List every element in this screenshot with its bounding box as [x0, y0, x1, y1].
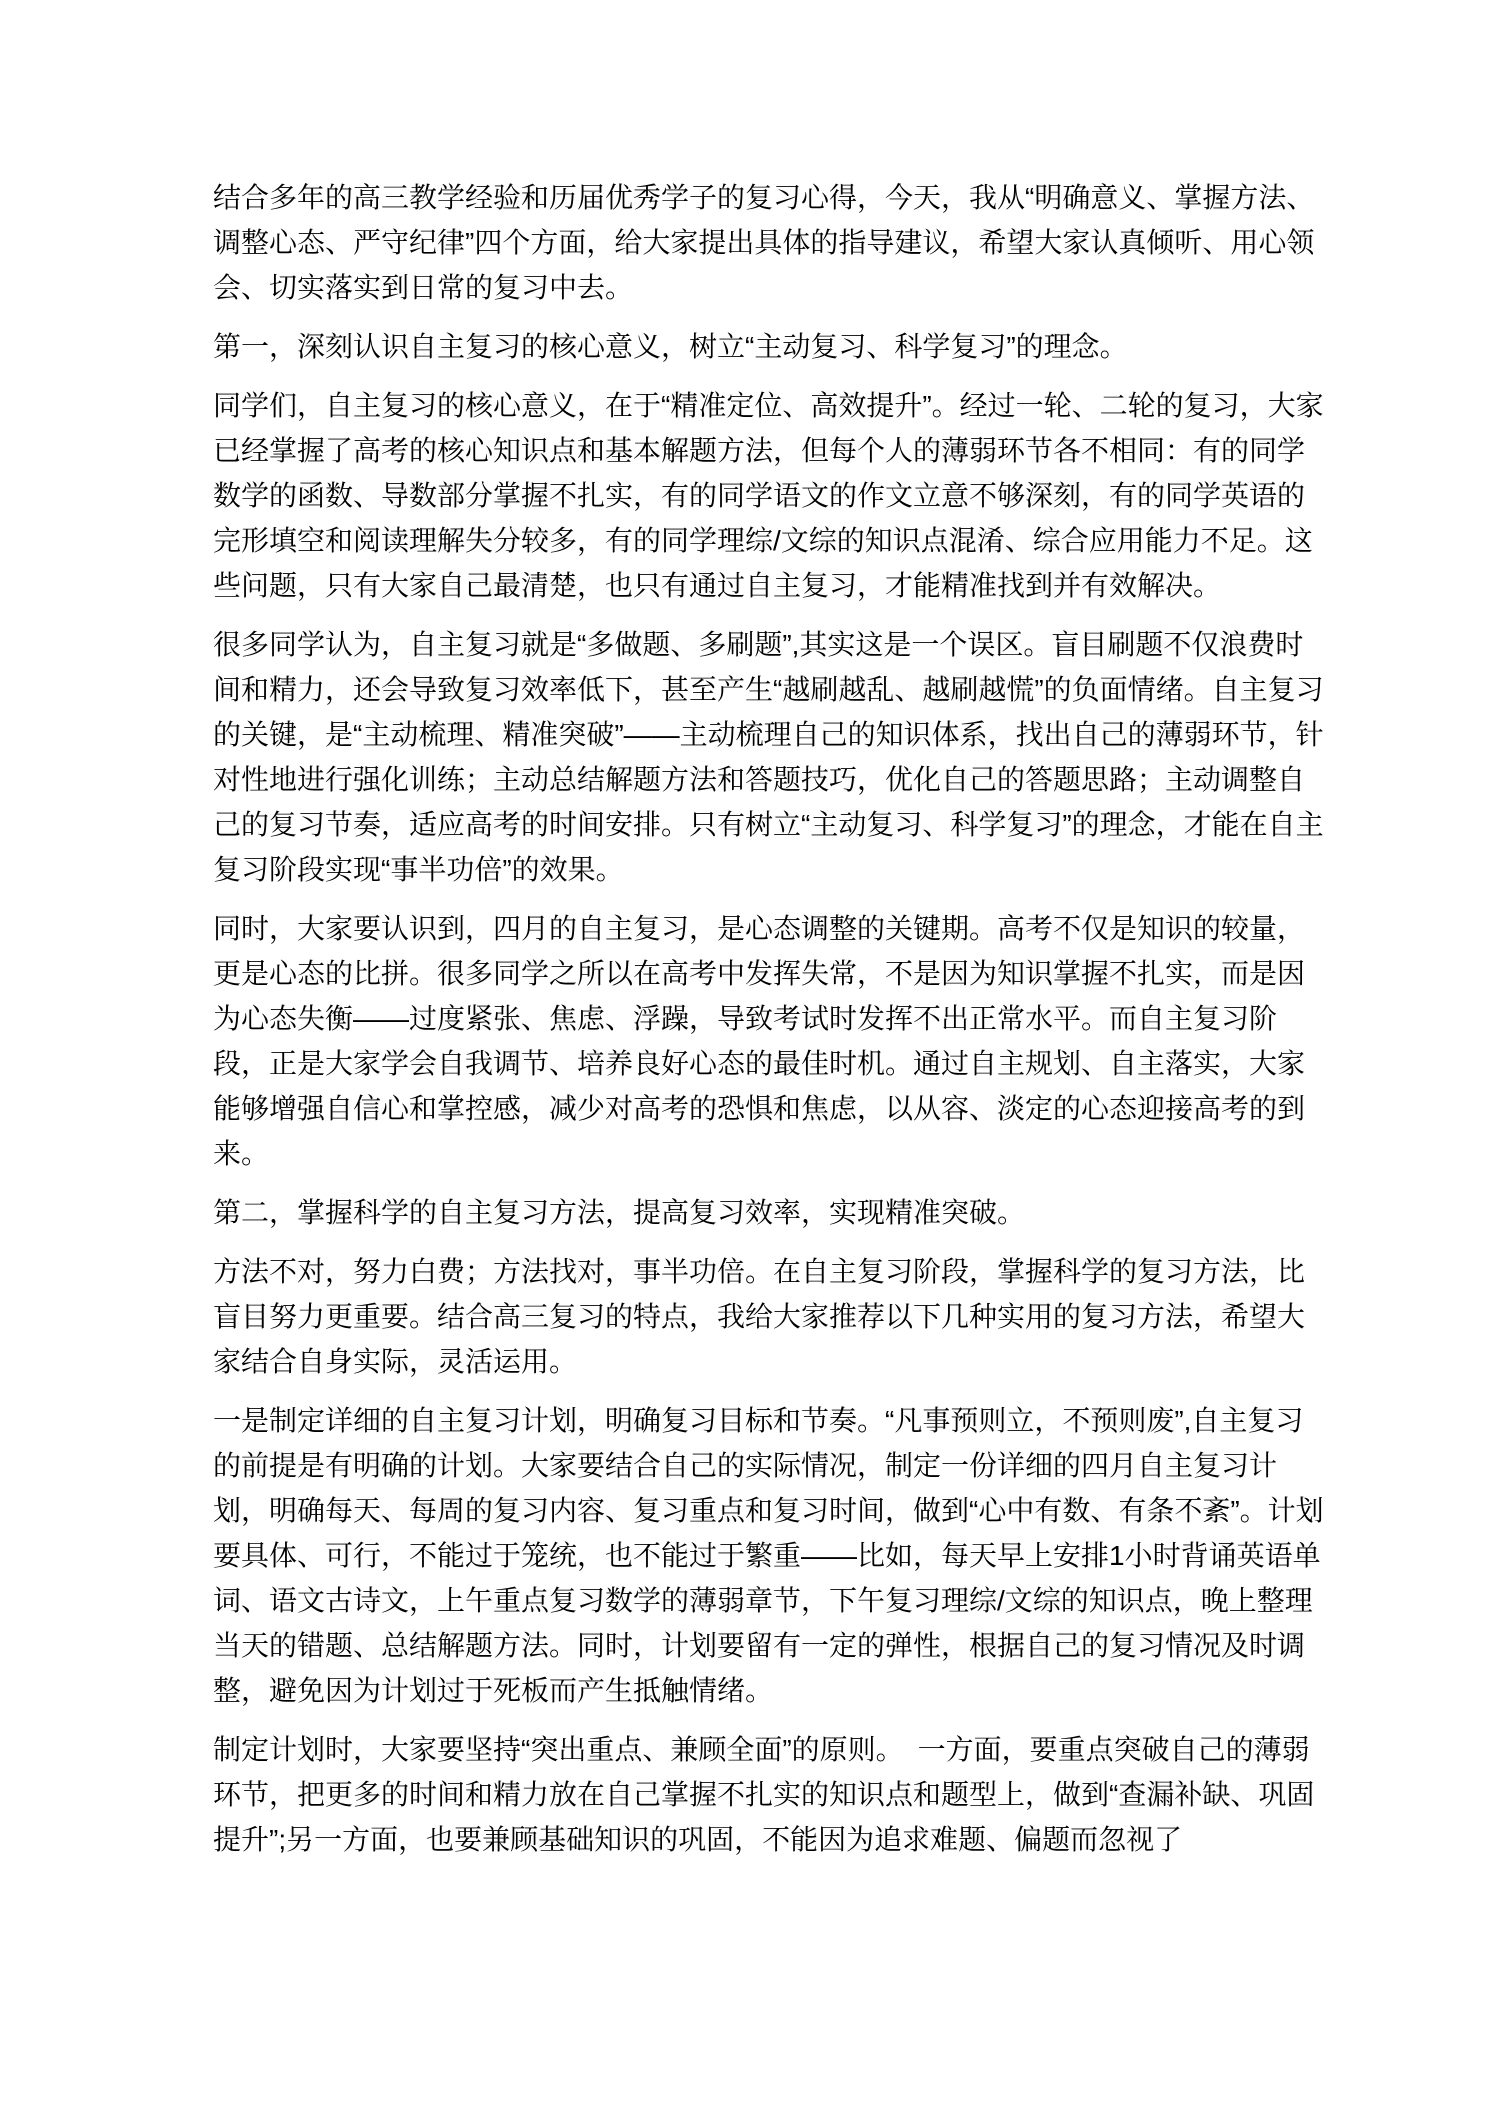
paragraph: 同时，大家要认识到，四月的自主复习，是心态调整的关键期。高考不仅是知识的较量，更…	[213, 906, 1325, 1176]
paragraph: 很多同学认为，自主复习就是“多做题、多刷题”,其实这是一个误区。盲目刷题不仅浪费…	[213, 622, 1325, 892]
paragraph: 制定计划时，大家要坚持“突出重点、兼顾全面”的原则。 一方面，要重点突破自己的薄…	[213, 1727, 1325, 1862]
paragraph-section-heading-1: 第一，深刻认识自主复习的核心意义，树立“主动复习、科学复习”的理念。	[213, 324, 1325, 369]
paragraph: 结合多年的高三教学经验和历届优秀学子的复习心得，今天，我从“明确意义、掌握方法、…	[213, 175, 1325, 310]
paragraph: 同学们，自主复习的核心意义，在于“精准定位、高效提升”。经过一轮、二轮的复习，大…	[213, 383, 1325, 608]
paragraph: 方法不对，努力白费；方法找对，事半功倍。在自主复习阶段，掌握科学的复习方法，比盲…	[213, 1249, 1325, 1384]
paragraph: 一是制定详细的自主复习计划，明确复习目标和节奏。“凡事预则立，不预则废”,自主复…	[213, 1398, 1325, 1713]
paragraph-section-heading-2: 第二，掌握科学的自主复习方法，提高复习效率，实现精准突破。	[213, 1190, 1325, 1235]
document-page: 结合多年的高三教学经验和历届优秀学子的复习心得，今天，我从“明确意义、掌握方法、…	[0, 0, 1493, 2112]
